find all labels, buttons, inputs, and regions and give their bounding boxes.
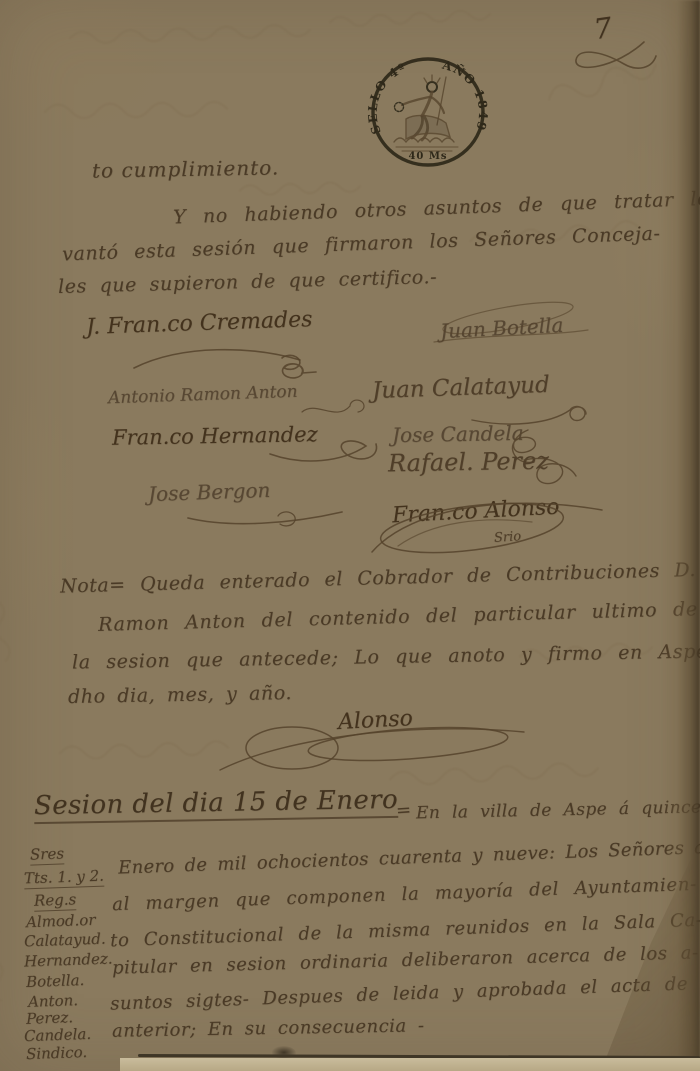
signature-flourish-perez [518,452,582,494]
nota-line-2: Ramon Anton del contenido del particular… [98,598,698,636]
bleedthrough-squiggle [0,880,15,1022]
svg-text:AÑO 1849: AÑO 1849 [440,57,490,133]
bleedthrough-squiggle [329,2,500,35]
opening-line: to cumplimiento. [92,155,280,182]
margin-attendee-calatayud: Calatayud. [24,930,106,951]
signature-flourish-botella [428,298,598,352]
signature-flourish-cremades [132,338,322,384]
session-body-line-6: anterior; En su consecuencia - [112,1015,425,1041]
ink-blob-bottom [272,1046,296,1059]
margin-attendee-almodovar: Almod.or [26,911,96,931]
session-body-line-1: Enero de mil ochocientos cuarenta y nuev… [118,834,700,878]
margin-attendee-botella: Botella. [26,971,85,991]
revenue-stamp-seal: SELLO 4º AÑO 1849 40 Ms [366,55,490,171]
session-body-line-5: suntos sigtes- Despues de leida y aproba… [110,972,700,1014]
signature-flourish-anton [300,398,364,424]
session-intro: En la villa de Aspe á quince de [416,797,700,824]
nota-line-1: Nota= Queda enterado el Cobrador de Cont… [60,556,700,597]
bleedthrough-squiggle [0,210,4,361]
stain-left-mid [0,370,90,650]
session-body-line-2: al margen que componen la mayoría del Ay… [112,874,697,915]
bleedthrough-squiggle [70,16,311,50]
signature-flourish-hernandez [268,432,388,472]
seal-figure-icon [394,75,458,151]
nota-line-4: dho dia, mes, y año. [68,682,292,708]
signature-anton: Antonio Ramon Anton [108,382,298,409]
closing-line-3: les que supieron de que certifico.- [58,266,438,298]
page-edge-bottom-strip [120,1058,700,1071]
margin-attendee-hernandez: Hernandez. [24,949,113,970]
margin-attendee-tenientes: Tts. 1. y 2. [24,867,105,890]
margin-attendee-sres: Sres [30,844,65,865]
bleedthrough-squiggle [0,560,22,692]
signature-cremades: J. Fran.co Cremades [86,307,313,340]
session-heading-separator: = [395,799,412,821]
margin-attendee-regidores: Reg.s [34,890,77,911]
nota-line-3: la sesion que antecede; Lo que anoto y f… [72,640,700,673]
signature-flourish-alonso [362,492,612,558]
closing-line-2: vantó esta sesión que firmaron los Señor… [62,223,661,266]
signature-flourish-bergon [186,502,346,530]
bleedthrough-squiggle [45,90,256,128]
svg-text:SELLO 4º: SELLO 4º [365,60,408,136]
seal-denomination: 40 Ms [408,151,447,162]
page-edge-bottom-line [138,1054,700,1059]
page-number-flourish [566,38,662,78]
manuscript-page: 7 SELLO 4º AÑO 1849 40 Ms to cumplimient [0,0,700,1071]
nota-signature-flourish [218,714,528,776]
margin-attendee-sindico: Sindico. [26,1043,88,1063]
seal-text-right: AÑO 1849 [440,57,490,133]
session-heading: Sesion del dia 15 de Enero [34,785,399,824]
seal-text-left: SELLO 4º [365,60,408,136]
